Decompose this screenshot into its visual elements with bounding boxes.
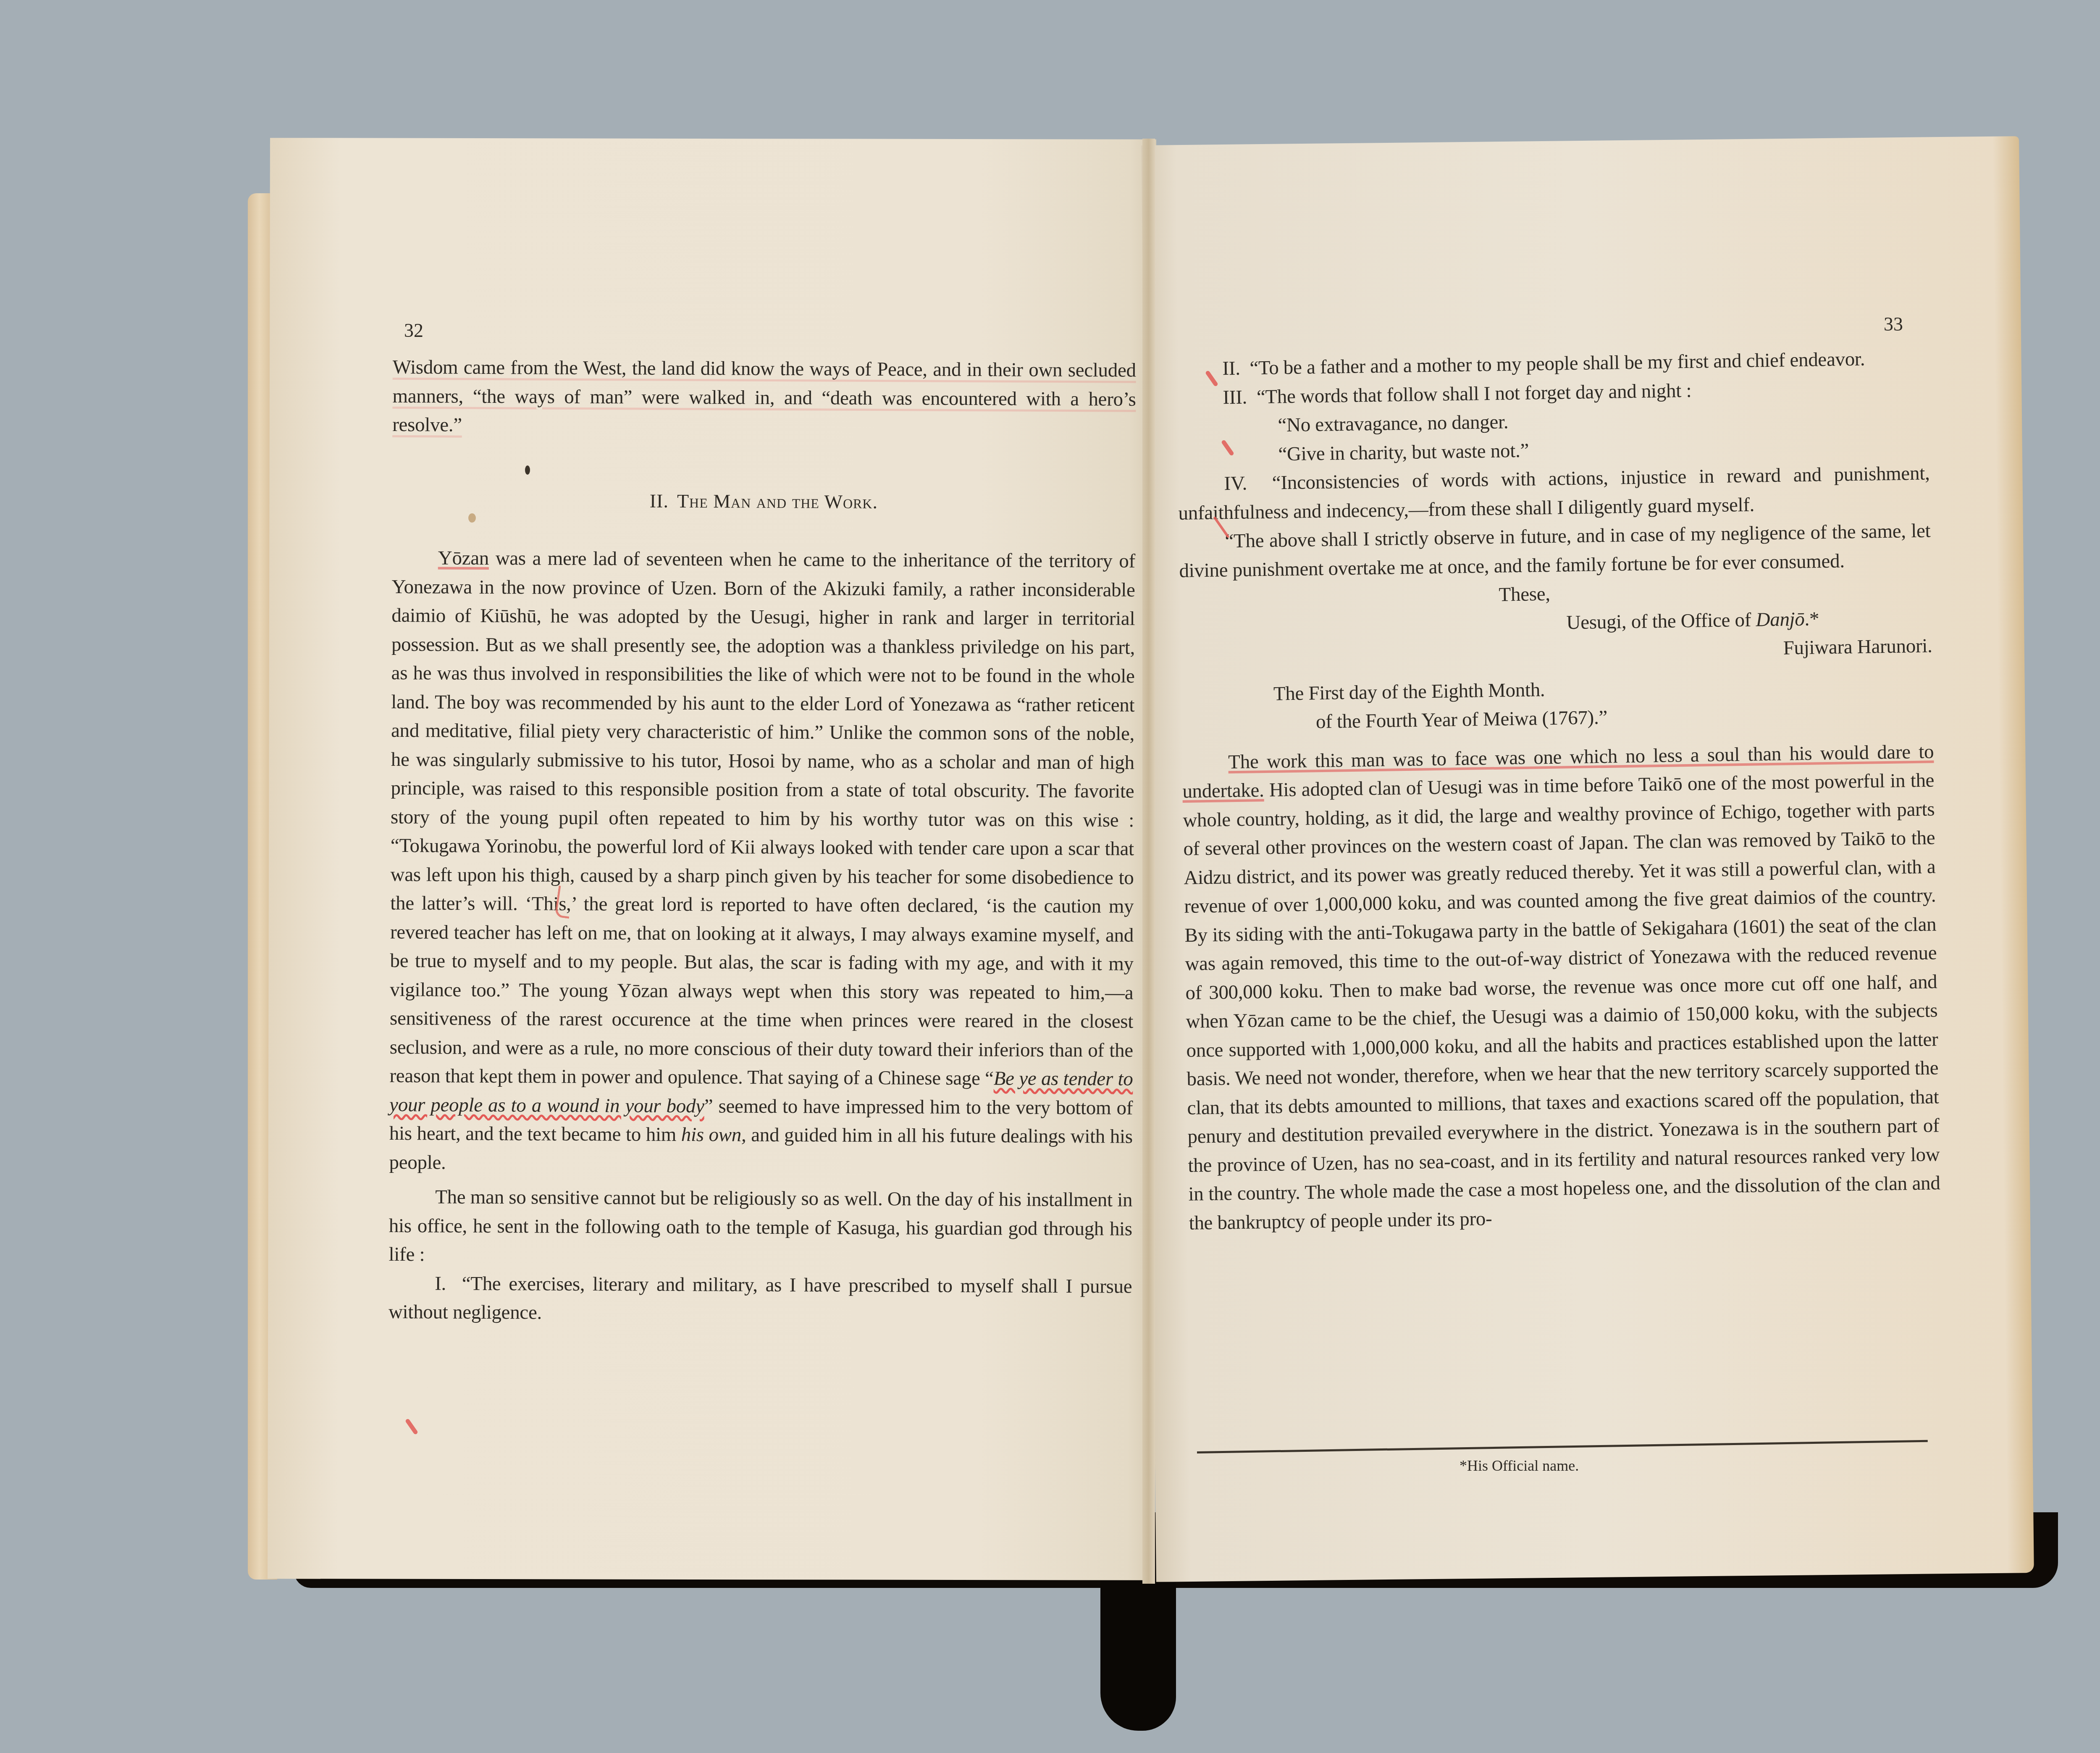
book-gutter [1142,139,1155,1584]
opening-paragraph: Wisdom came from the West, the land did … [392,353,1136,442]
footnote-marker: .* [1804,608,1819,630]
oath-numeral: I. [435,1272,446,1294]
paragraph-oath-intro: The man so sensitive cannot but be relig… [388,1183,1132,1272]
section-heading: II.The Man and the Work. [392,485,1135,517]
oath-item-4: IV. “Inconsistencies of words with actio… [1178,459,1930,528]
oath-numeral: II. [1222,357,1240,380]
italic-danjo: Danjō [1756,608,1805,631]
right-page-text: II. “To be a father and a mother to my p… [1176,344,1941,1237]
paragraph-text: was a mere lad of seventeen when he came… [389,547,1135,1089]
oath-numeral: IV. [1224,473,1247,495]
oath-text: “To be a father and a mother to my peopl… [1249,348,1865,379]
highlight-yozan: Yōzan [438,547,489,569]
oath-text: “The words that follow shall I not forge… [1257,379,1692,407]
paragraph-text: Wisdom came from the West, the land did … [392,356,1136,436]
paragraph-text: His adopted clan of Uesugi was in time b… [1183,769,1940,1234]
oath-numeral: III. [1223,386,1247,408]
oath-text: “The exercises, literary and military, a… [388,1272,1132,1323]
paragraph-the-work: The work this man was to face was one wh… [1182,737,1941,1238]
section-title: The Man and the Work. [677,490,878,512]
page-number-left: 32 [404,319,423,342]
oath-item-1: I. “The exercises, literary and military… [388,1269,1132,1330]
page-number-right: 33 [1884,313,1903,335]
oath-text: “Inconsistencies of words with actions, … [1178,462,1930,524]
italic-his-own: his own, [681,1124,746,1146]
oath-closing: “The above shall I strictly observe in f… [1179,516,1931,585]
footnote: *His Official name. [1459,1457,1579,1474]
paragraph-yozan: Yōzan was a mere lad of seventeen when h… [389,544,1135,1180]
left-page-text: Wisdom came from the West, the land did … [388,353,1136,1330]
section-numeral: II. [650,490,669,511]
signature-text: Uesugi, of the Office of [1566,609,1756,633]
